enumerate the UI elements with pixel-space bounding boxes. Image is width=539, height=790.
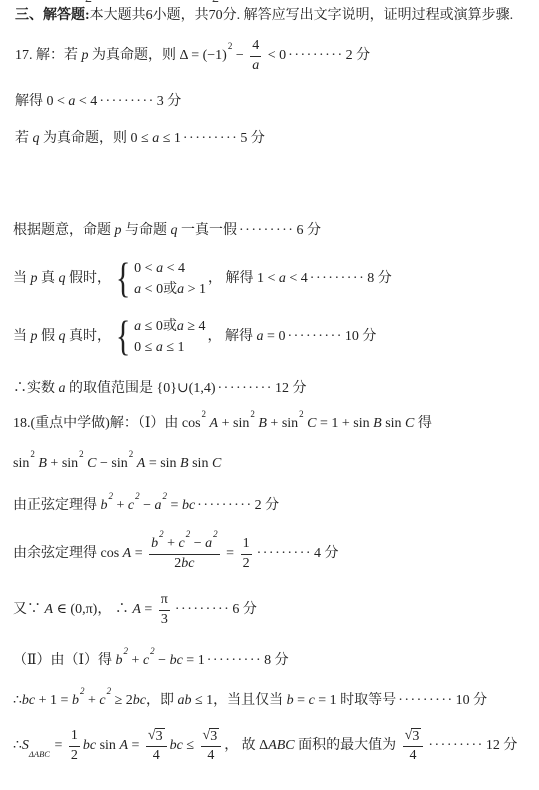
math-variable: a — [68, 93, 75, 111]
math-variable: bc — [181, 556, 194, 572]
run-text: q — [59, 271, 66, 286]
run-text: sin — [96, 738, 119, 753]
math-variable: A — [137, 455, 146, 473]
run-text: 1 — [243, 536, 250, 551]
run-text: − — [97, 456, 112, 471]
text-run: − — [232, 47, 247, 65]
superscript: 2 — [109, 491, 114, 501]
run-text: a — [59, 381, 66, 396]
superscript: 2 — [202, 409, 207, 419]
text-run: 3 — [161, 612, 168, 628]
math-variable: A — [123, 545, 132, 563]
run-text: B — [180, 456, 189, 471]
dot-leader: ········· — [183, 130, 238, 148]
run-text: ≤ 0或 — [141, 319, 177, 334]
text-run: 10 分 — [456, 692, 488, 710]
q17-step2: 解得 0 < a < 4·········3 分 — [15, 93, 181, 111]
run-text: + — [113, 498, 128, 513]
text-run: 2 — [243, 556, 250, 572]
cases-row: 0 < a < 4 — [134, 260, 206, 278]
cutoff-fragment-left: 2 — [85, 0, 92, 7]
run-text: ≥ 4 — [184, 319, 206, 334]
dot-leader: ········· — [175, 601, 230, 619]
text-run: 为真命题，则 Δ = (−1)2 — [89, 47, 233, 65]
run-text: 为真命题，则 0 ≤ — [40, 131, 153, 146]
run-text: C — [405, 416, 414, 431]
run-text: a — [155, 498, 162, 513]
left-brace: { — [116, 259, 131, 299]
run-text: + — [267, 416, 282, 431]
fraction: π3 — [159, 592, 170, 627]
math-variable: p — [31, 270, 38, 288]
q18-step8: ∴SΔABC = 12bc sin A = √34bc ≤ √34， 故 ΔAB… — [13, 721, 517, 771]
text-run: cos2 — [182, 415, 206, 433]
run-text: a — [156, 261, 163, 276]
run-text: 4 分 — [314, 546, 339, 561]
run-text: − — [232, 48, 247, 63]
text-run: 又∵ — [13, 601, 45, 619]
fraction-denominator: 2 — [243, 555, 250, 572]
q18-step1: 18.(重点中学做)解：（Ⅰ）由 cos2 A + sin2 B + sin2 … — [13, 413, 432, 435]
text-run: + 1 = — [35, 692, 72, 710]
math-variable: a — [152, 130, 159, 148]
math-variable: A — [119, 737, 128, 755]
math-variable: C — [87, 455, 96, 473]
run-text: a — [134, 282, 141, 297]
run-text: （Ⅱ）由（Ⅰ）得 — [13, 653, 116, 668]
run-text: 由余弦定理得 cos — [13, 546, 123, 561]
run-text: < 4 — [286, 271, 308, 286]
cases-row: a ≤ 0或a ≥ 4 — [134, 318, 205, 336]
text-run: < 4 — [286, 270, 308, 288]
fraction-numerator: 1 — [241, 536, 252, 554]
dot-leader: ········· — [207, 652, 262, 670]
text-run: = — [131, 545, 146, 563]
text-run: 的取值范围是 {0}∪(1,4) — [66, 380, 216, 398]
dot-leader: ········· — [398, 692, 453, 710]
math-variable: q — [171, 222, 178, 240]
run-text: A — [137, 456, 146, 471]
run-text: bc — [22, 693, 35, 708]
run-text: 17. 解：若 — [15, 48, 82, 63]
run-text: 2 分 — [346, 48, 371, 63]
run-text: − — [190, 536, 205, 551]
run-text: 又∵ — [13, 602, 45, 617]
run-text: 当 — [13, 271, 31, 286]
q18-step3: 由正弦定理得 b2 + c2 − a2 = bc·········2 分 — [13, 495, 279, 517]
run-text: 由正弦定理得 — [13, 498, 101, 513]
run-text: sin — [233, 416, 249, 431]
cases-rows: a ≤ 0或a ≥ 40 ≤ a ≤ 1 — [134, 318, 205, 357]
radicand: 3 — [209, 728, 219, 745]
cutoff-fragment-right: 2 — [212, 0, 219, 7]
run-text: 三、解答题: — [15, 8, 90, 23]
run-text: bc — [133, 693, 146, 708]
text-run: π — [161, 592, 168, 608]
math-variable: c2 — [179, 536, 191, 552]
text-run: + — [267, 415, 282, 433]
math-variable: c2 — [99, 692, 111, 710]
run-text: 得 — [414, 416, 432, 431]
run-text: 若 — [15, 131, 33, 146]
text-run: = 1 时取等号 — [315, 692, 396, 710]
run-text: 5 分 — [240, 131, 265, 146]
superscript: 2 — [250, 409, 255, 419]
run-text: + — [84, 693, 99, 708]
superscript: 2 — [299, 409, 304, 419]
run-text: 4 — [410, 748, 417, 763]
math-variable: q — [59, 328, 66, 346]
q17-step1: 17. 解：若 p 为真命题，则 Δ = (−1)2 − 4a < 0·····… — [15, 37, 370, 75]
run-text: π — [161, 592, 168, 607]
text-run: 2 分 — [346, 47, 371, 65]
math-variable: b — [287, 692, 294, 710]
text-run: − — [140, 497, 155, 515]
run-text: b — [287, 693, 294, 708]
q17-step3: 若 q 为真命题，则 0 ≤ a ≤ 1·········5 分 — [15, 130, 265, 148]
text-run: 4 分 — [314, 545, 339, 563]
text-run: 根据题意，命题 — [13, 222, 115, 240]
text-run: 10 分 — [345, 328, 377, 346]
superscript: 2 — [79, 449, 84, 459]
run-text: 的取值范围是 {0}∪(1,4) — [66, 381, 216, 396]
fraction: √34 — [146, 728, 167, 764]
run-text: − — [140, 498, 155, 513]
text-run: ，即 — [146, 692, 178, 710]
q17-step5: 当 p 真 q 假时，{0 < a < 4a < 0或a > 1， 解得 1 <… — [13, 254, 392, 304]
text-run: = 1 + sin — [317, 415, 374, 433]
text-run: ≤ 1，当且仅当 — [191, 692, 286, 710]
fraction-numerator: √3 — [403, 728, 424, 747]
text-run: sin2 — [233, 415, 255, 433]
run-text: ∈ (0,π)， ∴ — [53, 602, 132, 617]
run-text: sin — [282, 416, 298, 431]
math-variable: bc — [22, 692, 35, 710]
run-text: ， 解得 1 < — [208, 271, 279, 286]
run-text: = 1 — [183, 653, 205, 668]
math-variable: b2 — [116, 652, 129, 670]
text-run: 解得 0 < — [15, 93, 68, 111]
run-text: = 1 + sin — [317, 416, 374, 431]
text-run: sin2 — [282, 415, 304, 433]
text-run: − — [190, 536, 205, 552]
math-variable: B — [38, 455, 47, 473]
run-text: 为真命题，则 Δ = (−1) — [89, 48, 227, 63]
text-run: sin — [189, 455, 212, 473]
run-text: b — [101, 498, 108, 513]
text-run: sin — [96, 737, 119, 755]
math-variable: b2 — [72, 692, 85, 710]
fraction-numerator: √3 — [146, 728, 167, 747]
text-run: 由余弦定理得 cos — [13, 545, 123, 563]
run-text: 解得 0 < — [15, 94, 68, 109]
text-run: < 4 — [163, 260, 185, 278]
q17-step6: 当 p 假 q 真时，{a ≤ 0或a ≥ 40 ≤ a ≤ 1， 解得 a =… — [13, 312, 376, 362]
math-variable: ab — [177, 692, 191, 710]
run-text: 3 — [161, 612, 168, 627]
text-run: 6 分 — [232, 601, 257, 619]
run-text: 2 分 — [255, 498, 280, 513]
math-variable: p — [82, 47, 89, 65]
cases-row: 0 ≤ a ≤ 1 — [134, 339, 205, 357]
run-text: 4 — [252, 38, 259, 53]
run-text: c — [179, 536, 185, 551]
math-variable: p — [31, 328, 38, 346]
run-text: C — [307, 416, 316, 431]
run-text: a — [257, 329, 264, 344]
text-run: 2 — [174, 556, 181, 572]
fraction-denominator: 4 — [207, 747, 214, 764]
run-text: bc — [170, 653, 183, 668]
run-text: sin — [382, 416, 405, 431]
text-run: < 0或 — [141, 281, 177, 299]
text-run: ≤ 1 — [159, 130, 181, 148]
text-run: = — [294, 692, 309, 710]
run-text: + 1 = — [35, 693, 72, 708]
run-text: 2 — [243, 556, 250, 571]
fraction-numerator: π — [159, 592, 170, 610]
text-run: 0 < — [134, 260, 156, 278]
text-run: + — [113, 497, 128, 515]
run-text: C — [87, 456, 96, 471]
sqrt-radical: √3 — [148, 728, 165, 745]
dot-leader: ········· — [288, 47, 343, 65]
run-text: = — [51, 738, 66, 753]
superscript: 2 — [129, 449, 134, 459]
run-text: 10 分 — [345, 329, 377, 344]
text-run: + — [84, 692, 99, 710]
run-text: = — [167, 498, 182, 513]
run-text: = 0 — [264, 329, 286, 344]
run-text: ab — [177, 693, 191, 708]
run-text: b — [151, 536, 158, 551]
superscript: 2 — [159, 529, 164, 539]
run-text: a — [205, 536, 212, 551]
math-variable: bc — [170, 652, 183, 670]
subscript: ΔABC — [29, 749, 50, 759]
run-text: 8 分 — [264, 653, 289, 668]
math-variable: a — [156, 339, 163, 357]
math-variable: SΔABC — [22, 737, 51, 755]
text-run: 当 — [13, 270, 31, 288]
run-text: c — [128, 498, 134, 513]
run-text: 面积的最大值为 — [295, 738, 400, 753]
run-text: 2 — [212, 0, 219, 6]
text-run: 一真一假 — [178, 222, 238, 240]
run-text: < 4 — [163, 261, 185, 276]
dot-leader: ········· — [197, 497, 252, 515]
math-variable: c2 — [143, 652, 155, 670]
bold-text: 三、解答题: — [15, 7, 90, 25]
run-text: A — [210, 416, 219, 431]
math-variable: b2 — [101, 497, 114, 515]
run-text: 根据题意，命题 — [13, 223, 115, 238]
run-text: p — [31, 329, 38, 344]
text-run: = sin — [145, 455, 180, 473]
math-variable: a — [156, 260, 163, 278]
math-variable: a — [257, 328, 264, 346]
text-run: ， 故 Δ — [224, 737, 268, 755]
superscript: 2 — [150, 646, 155, 656]
math-variable: a — [134, 318, 141, 336]
section-header: 三、解答题:本大题共6小题，共70分. 解答应写出文字说明，证明过程或演算步骤. — [15, 7, 513, 25]
run-text: 2 — [85, 0, 92, 6]
text-run: 假 — [38, 328, 59, 346]
text-run: 4 — [252, 38, 259, 54]
run-text: 0 < — [134, 261, 156, 276]
math-variable: q — [59, 270, 66, 288]
run-text: B — [373, 416, 382, 431]
dot-leader: ········· — [257, 545, 312, 563]
math-variable: bc — [170, 737, 183, 755]
fraction-denominator: 4 — [410, 747, 417, 764]
text-run: 本大题共6小题，共70分. 解答应写出文字说明，证明过程或演算步骤. — [90, 7, 514, 25]
run-text: c — [143, 653, 149, 668]
text-run: − — [97, 455, 112, 473]
run-text: sin — [111, 456, 127, 471]
math-variable: A — [210, 415, 219, 433]
run-text: B — [38, 456, 47, 471]
text-run: sin2 — [13, 455, 35, 473]
text-run: sin2 — [111, 455, 133, 473]
fraction-numerator: √3 — [201, 728, 222, 747]
text-run: ≤ 1 — [163, 339, 185, 357]
run-text: A — [123, 546, 132, 561]
run-text: ABC — [268, 738, 294, 753]
run-text: 12 分 — [486, 738, 518, 753]
left-brace: { — [116, 317, 131, 357]
fraction: 4a — [250, 38, 261, 73]
text-run: ≥ 4 — [184, 318, 206, 336]
text-run: = 1 — [183, 652, 205, 670]
dot-leader: ········· — [428, 737, 483, 755]
text-run: 17. 解：若 — [15, 47, 82, 65]
run-text: a — [156, 340, 163, 355]
fraction-numerator: 4 — [250, 38, 261, 56]
superscript: 2 — [124, 646, 129, 656]
superscript: 2 — [107, 686, 112, 696]
text-run: + — [164, 536, 179, 552]
run-text: 本大题共6小题，共70分. 解答应写出文字说明，证明过程或演算步骤. — [90, 8, 514, 23]
math-variable: A — [45, 601, 54, 619]
text-run: ∴ — [13, 692, 22, 710]
dot-leader: ········· — [310, 270, 365, 288]
math-variable: bc — [83, 737, 96, 755]
math-variable: a — [177, 318, 184, 336]
text-run: ≤ — [183, 737, 198, 755]
math-variable: A — [132, 601, 141, 619]
run-text: bc — [181, 556, 194, 571]
text-run: 2 分 — [255, 497, 280, 515]
run-text: bc — [182, 498, 195, 513]
run-text: 假时， — [66, 271, 112, 286]
text-run: 真 — [38, 270, 59, 288]
run-text: a — [279, 271, 286, 286]
run-text: sin — [189, 456, 212, 471]
superscript: 2 — [213, 529, 218, 539]
run-text: q — [59, 329, 66, 344]
math-variable: a — [279, 270, 286, 288]
run-text: = — [128, 738, 143, 753]
text-run: 为真命题，则 0 ≤ — [40, 130, 153, 148]
text-run: 0 ≤ — [134, 339, 156, 357]
run-text: < 0 — [264, 48, 286, 63]
math-variable: a — [134, 281, 141, 299]
dot-leader: ········· — [99, 93, 154, 111]
math-variable: B — [373, 415, 382, 433]
text-run: sin — [382, 415, 405, 433]
run-text: ，即 — [146, 693, 178, 708]
run-text: ≤ 1 — [159, 131, 181, 146]
text-run: = — [223, 545, 238, 563]
run-text: < 0或 — [141, 282, 177, 297]
run-text: sin — [13, 456, 29, 471]
run-text: 3 分 — [157, 94, 182, 109]
run-text: 假 — [38, 329, 59, 344]
math-variable: b2 — [151, 536, 164, 552]
run-text: A — [45, 602, 54, 617]
text-run: > 1 — [184, 281, 206, 299]
math-variable: B — [258, 415, 267, 433]
cases-row: a < 0或a > 1 — [134, 281, 206, 299]
math-variable: a — [59, 380, 66, 398]
run-text: 2 — [174, 556, 181, 571]
text-run: 1 — [243, 536, 250, 552]
fraction-denominator: a — [252, 57, 259, 74]
q18-step5: 又∵ A ∈ (0,π)， ∴ A = π3·········6 分 — [13, 591, 257, 629]
text-run: 4 — [207, 748, 214, 764]
run-text: A — [132, 602, 141, 617]
run-text: = 1 时取等号 — [315, 693, 396, 708]
fraction-denominator: 3 — [161, 611, 168, 628]
text-run: 12 分 — [275, 380, 307, 398]
run-text: bc — [170, 738, 183, 753]
text-run: 若 — [15, 130, 33, 148]
run-text: ≤ 1 — [163, 340, 185, 355]
q18-step6: （Ⅱ）由（Ⅰ）得 b2 + c2 − bc = 1·········8 分 — [13, 650, 289, 672]
math-variable: B — [180, 455, 189, 473]
fraction-denominator: 2bc — [174, 555, 194, 572]
text-run: 当 — [13, 328, 31, 346]
run-text: ， 故 Δ — [224, 738, 268, 753]
run-text: 与命题 — [122, 223, 171, 238]
run-text: a — [177, 319, 184, 334]
run-text: ∴ — [13, 693, 22, 708]
run-text: = sin — [145, 456, 180, 471]
run-text: + — [128, 653, 143, 668]
run-text: 当 — [13, 329, 31, 344]
text-run: 12 分 — [486, 737, 518, 755]
superscript: 2 — [163, 491, 168, 501]
math-variable: a2 — [155, 497, 168, 515]
text-run: + — [47, 455, 62, 473]
run-text: a — [68, 94, 75, 109]
run-text: ≥ 2 — [111, 693, 133, 708]
text-run: ， 解得 — [208, 328, 257, 346]
run-text: cos — [182, 416, 201, 431]
run-text: 4 — [207, 748, 214, 763]
superscript: 2 — [80, 686, 85, 696]
run-text: + — [218, 416, 233, 431]
run-text: < 4 — [75, 94, 97, 109]
run-text: + — [47, 456, 62, 471]
text-run: = 0 — [264, 328, 286, 346]
text-run: 假时， — [66, 270, 112, 288]
text-run: = — [167, 497, 182, 515]
fraction-numerator: b2 + c2 − a2 — [149, 536, 220, 554]
text-run: ， 解得 1 < — [208, 270, 279, 288]
run-text: 4 — [153, 748, 160, 763]
